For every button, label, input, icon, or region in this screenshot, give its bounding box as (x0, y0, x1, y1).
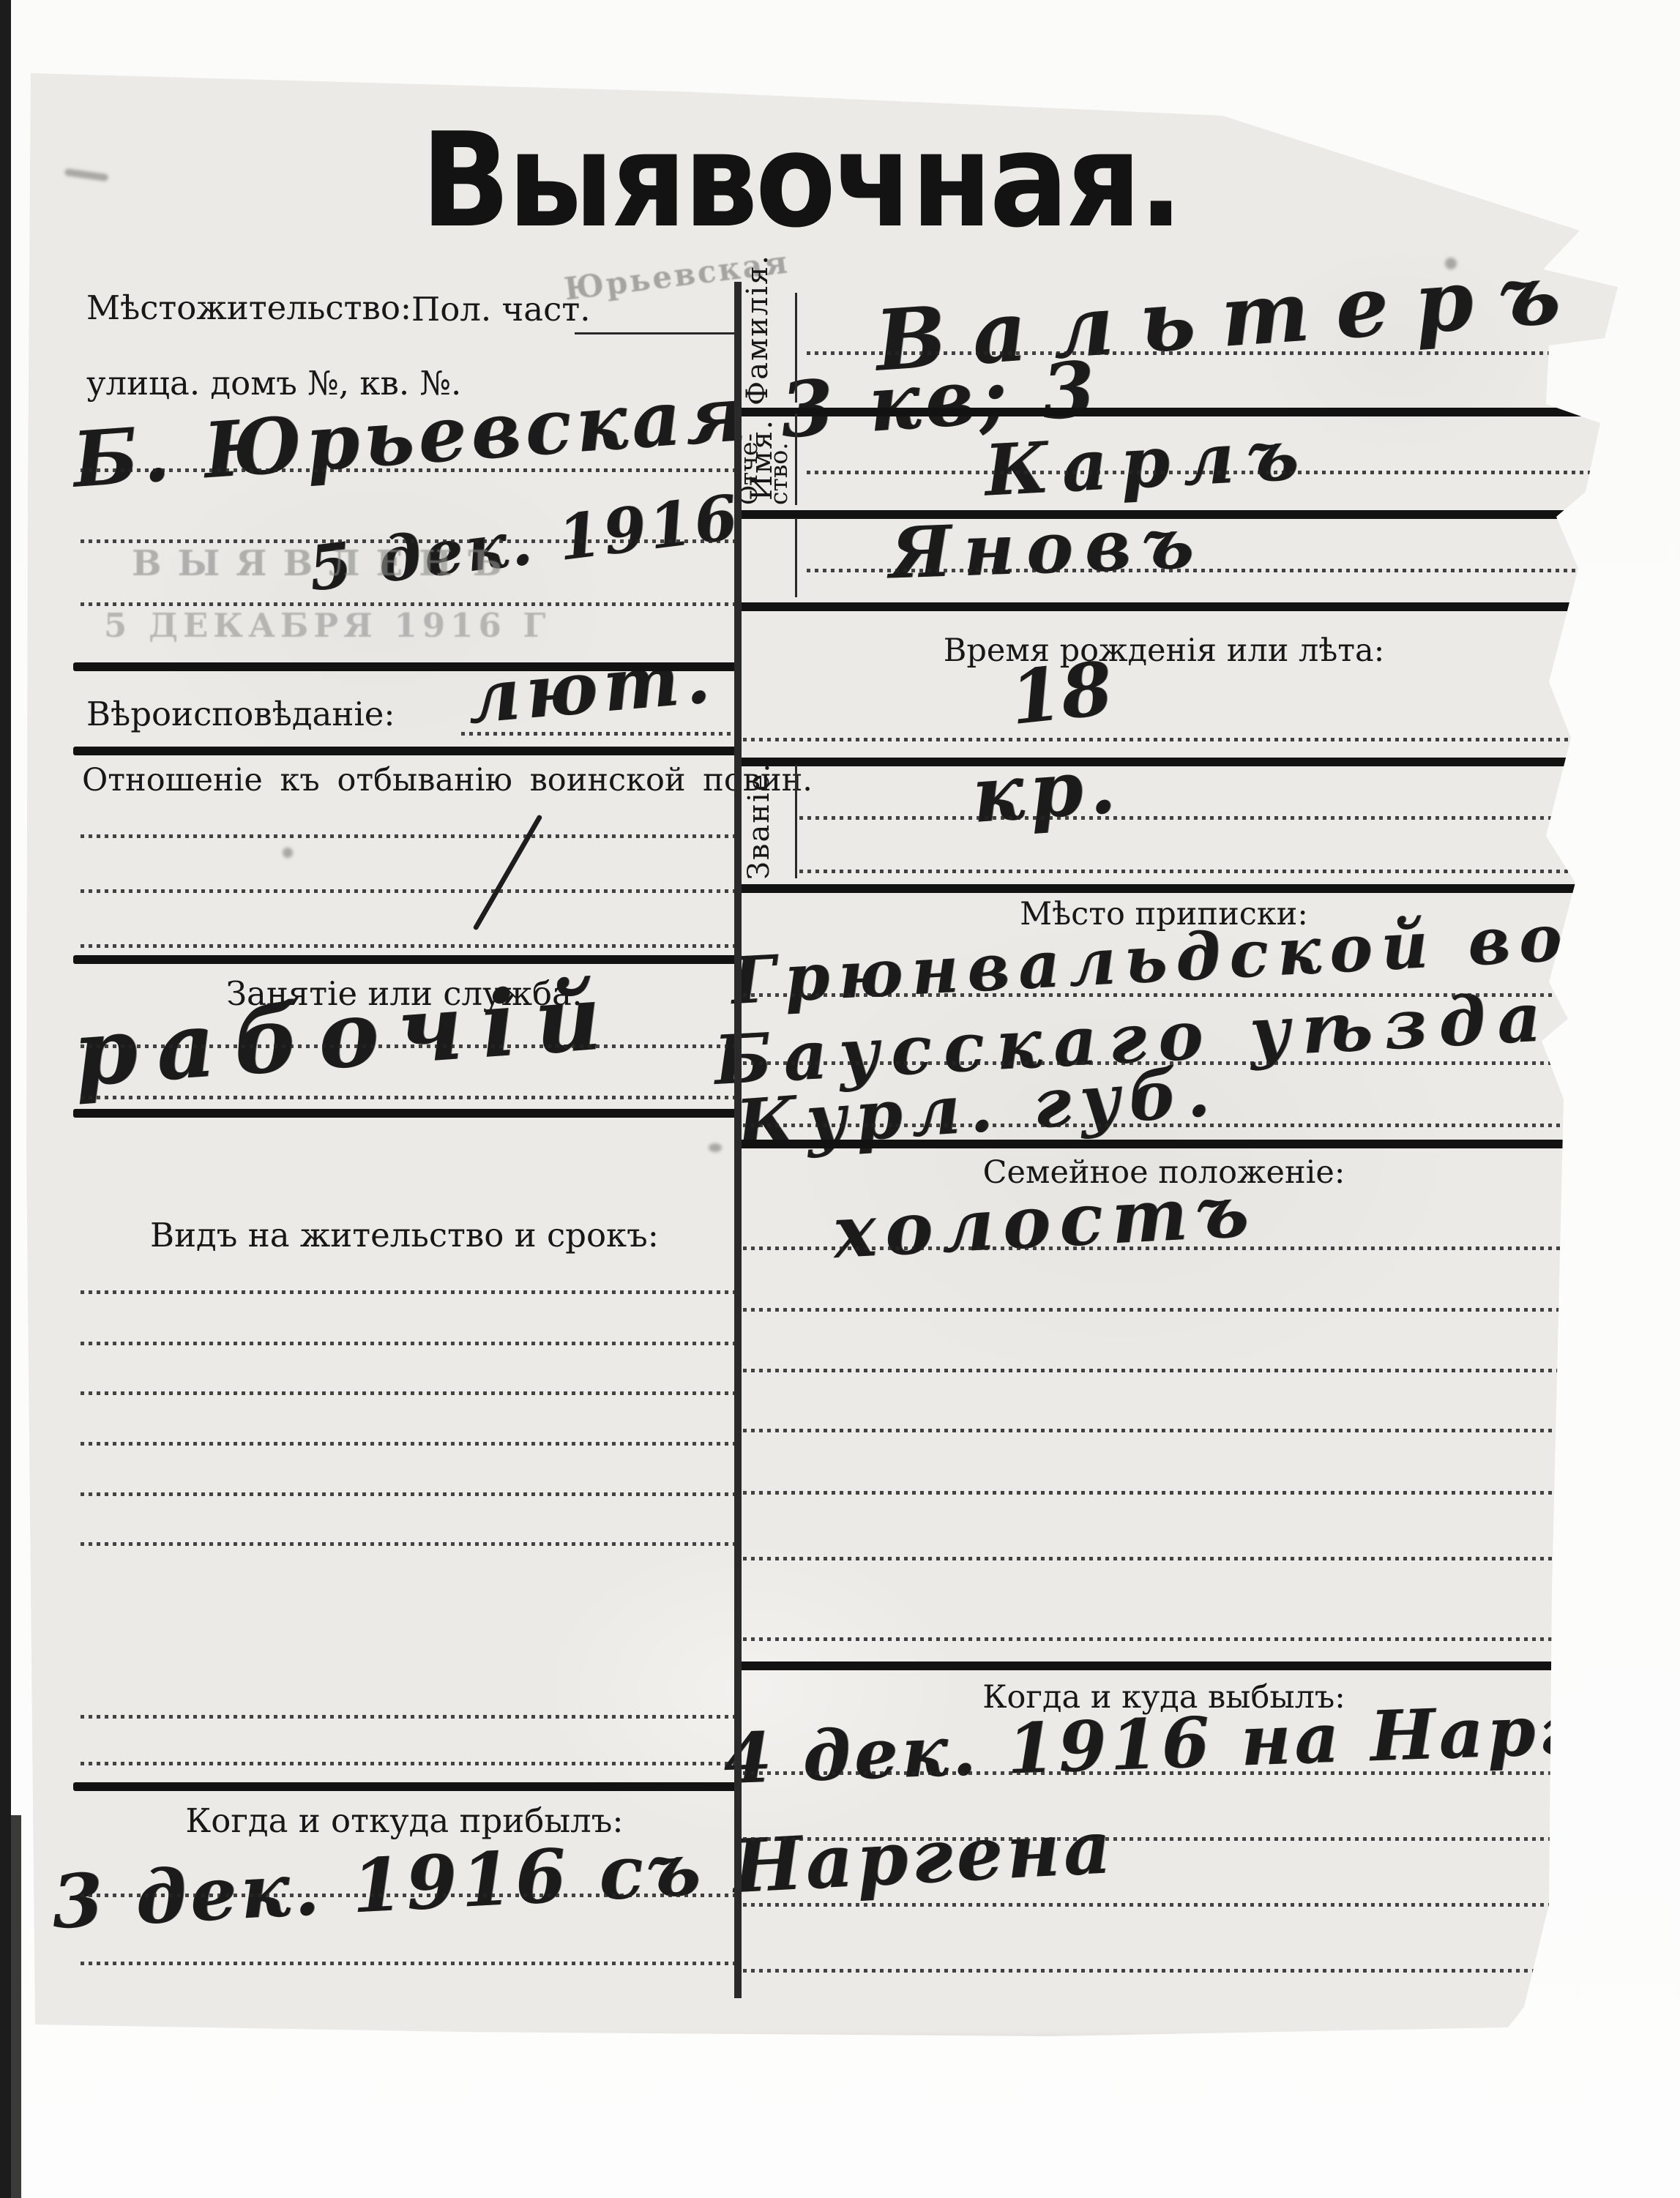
dotted-fill-line (81, 468, 736, 472)
dotted-fill-line (743, 738, 1640, 741)
dotted-fill-line (81, 1894, 736, 1897)
patronymic-label-part2: ство. (764, 417, 793, 505)
religion-handwriting: лют. (464, 635, 719, 740)
scanner-edge-band (0, 0, 11, 2198)
residence-label: Мѣстожительство: (86, 289, 411, 327)
dotted-fill-line (81, 1044, 736, 1048)
dotted-fill-line (81, 944, 736, 948)
dotted-fill-line (81, 889, 736, 893)
religion-label: Вѣроисповѣданіе: (86, 695, 395, 733)
section-rule-line (738, 884, 1638, 893)
dotted-fill-line (743, 1491, 1640, 1495)
paper-bottom-shadow (22, 2030, 1641, 2049)
name-handwriting: Карлъ (982, 412, 1313, 512)
dotted-fill-line (743, 1246, 1640, 1250)
section-rule-line (738, 602, 1638, 611)
police-part-label: Пол. част. (411, 291, 591, 329)
section-rule-line (73, 1109, 738, 1118)
section-rule-line (738, 1661, 1638, 1670)
permit-label: Видъ на жительство и срокъ: (73, 1216, 736, 1255)
dotted-fill-line (743, 1557, 1640, 1560)
dotted-fill-line (81, 1762, 736, 1765)
dotted-fill-line (81, 1290, 736, 1294)
section-rule-line (738, 408, 1638, 416)
paper-smudge (64, 168, 109, 182)
section-rule-line (73, 747, 738, 755)
dotted-fill-line (461, 732, 736, 736)
label-divider-line (795, 293, 797, 403)
label-divider-line (795, 414, 797, 505)
section-rule-line (73, 955, 738, 964)
dotted-fill-line (81, 602, 736, 606)
age-handwriting: 18 (1006, 645, 1116, 741)
dotted-fill-line (81, 1542, 736, 1546)
detected-stamp-line2: 5 ДЕКАБРЯ 1916 Г (104, 606, 551, 645)
police-part-underline (575, 332, 737, 334)
surname-handwriting: Вальтеръ (873, 242, 1590, 390)
section-rule-line (738, 510, 1638, 519)
dotted-fill-line (81, 1096, 736, 1099)
dotted-fill-line (807, 471, 1649, 474)
dotted-fill-line (81, 1342, 736, 1345)
dotted-fill-line (81, 1492, 736, 1496)
dotted-fill-line (743, 1124, 1640, 1127)
dotted-fill-line (743, 1308, 1640, 1312)
dotted-fill-line (81, 834, 736, 838)
section-rule-line (738, 1140, 1638, 1148)
section-rule-line (73, 1782, 738, 1791)
surname-label: Фамилія. (741, 287, 774, 405)
detected-stamp-line1: ВЫЯВЛЕНЪ (132, 543, 518, 584)
card-title: Выявочная. (421, 116, 1181, 246)
dotted-fill-line (743, 1771, 1640, 1775)
dotted-fill-line (743, 1969, 1640, 1973)
paper-speck (283, 848, 293, 858)
dotted-fill-line (807, 351, 1649, 355)
dotted-fill-line (81, 1962, 736, 1965)
dotted-fill-line (743, 1369, 1640, 1372)
dotted-fill-line (807, 569, 1649, 572)
section-rule-line (738, 758, 1638, 766)
dotted-fill-line (81, 1715, 736, 1719)
label-divider-line (795, 765, 797, 878)
dotted-fill-line (81, 1442, 736, 1446)
section-rule-line (73, 662, 738, 671)
scanner-edge-shadow (11, 1815, 21, 2198)
dotted-fill-line (799, 816, 1649, 820)
dotted-fill-line (743, 993, 1640, 997)
rank-handwriting: кр. (969, 740, 1124, 840)
military-duty-mark-handwriting (472, 814, 542, 930)
dotted-fill-line (743, 1429, 1640, 1432)
dotted-fill-line (743, 1061, 1640, 1065)
label-divider-line (795, 518, 797, 597)
dotted-fill-line (743, 1903, 1640, 1907)
paper-speck (709, 1143, 722, 1152)
dotted-fill-line (743, 1837, 1640, 1841)
dotted-fill-line (799, 870, 1649, 873)
column-divider-line (734, 282, 742, 1998)
patronymic-label: Отче- ство. (734, 417, 793, 505)
dotted-fill-line (81, 539, 736, 543)
rank-label: Званіе. (742, 760, 776, 881)
dotted-fill-line (81, 1391, 736, 1395)
military-duty-label: Отношеніе къ отбыванію воинской повин. (82, 763, 813, 799)
age-label: Время рожденія или лѣта: (739, 633, 1588, 669)
registration-card-paper: Выявочная. Мѣстожительство: Пол. част. Ю… (22, 51, 1641, 2049)
scanned-registration-card: Выявочная. Мѣстожительство: Пол. част. Ю… (0, 0, 1680, 2198)
dotted-fill-line (743, 1637, 1640, 1641)
paper-speck (1445, 258, 1457, 269)
